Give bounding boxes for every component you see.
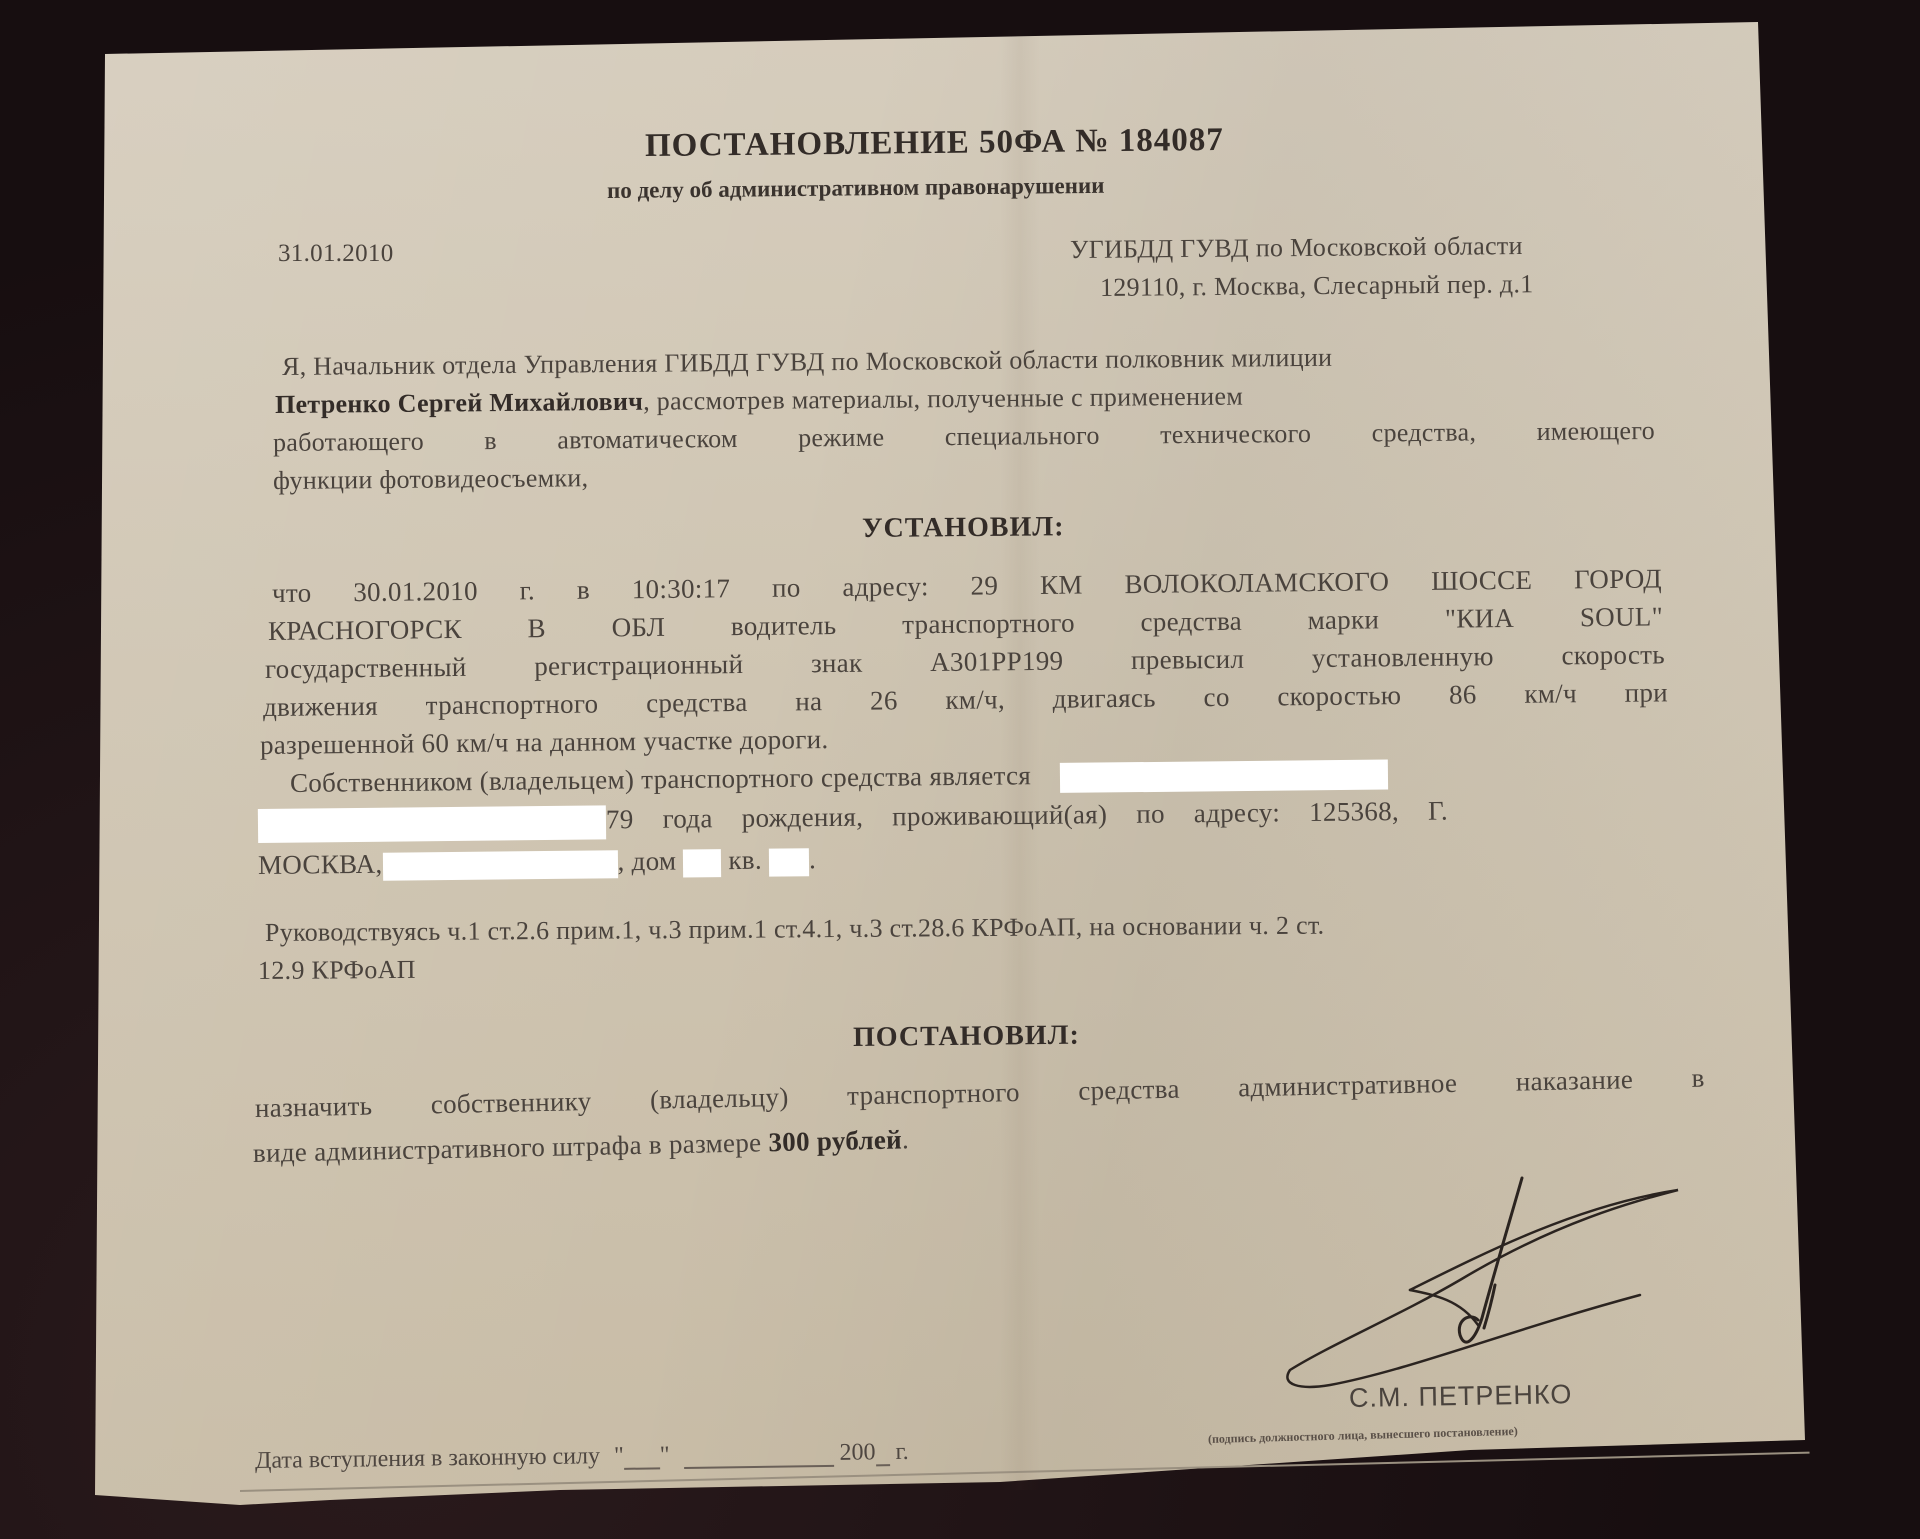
redacted-house-number bbox=[683, 849, 721, 877]
redacted-street bbox=[382, 850, 617, 880]
quote-close: " bbox=[660, 1442, 670, 1468]
effective-date-line: Дата вступления в законную силу "" 200 г… bbox=[255, 1439, 909, 1475]
owner-line-3: МОСКВА,, дом кв. . bbox=[258, 844, 816, 882]
legal-basis-line-2: 12.9 КРФоАП bbox=[258, 955, 416, 986]
year-prefix: 200 bbox=[839, 1439, 875, 1466]
authority-name: УГИБДД ГУВД по Московской области bbox=[1070, 231, 1523, 265]
day-blank[interactable] bbox=[624, 1445, 660, 1470]
quote-open: " bbox=[614, 1443, 624, 1469]
decided-heading: ПОСТАНОВИЛ: bbox=[853, 1020, 1080, 1054]
intro-line-4: функции фотовидеосъемки, bbox=[273, 463, 589, 496]
signatory-name: С.М. ПЕТРЕНКО bbox=[1349, 1379, 1573, 1414]
intro-text-1: Я, Начальник отдела Управления ГИБДД ГУВ… bbox=[278, 343, 1333, 381]
year-blank[interactable] bbox=[875, 1442, 889, 1466]
established-line-4: движения транспортного средства на 26 км… bbox=[263, 677, 1668, 723]
fine-end: . bbox=[902, 1124, 910, 1154]
year-suffix: г. bbox=[895, 1439, 909, 1465]
established-line-5: разрешенной 60 км/ч на данном участке до… bbox=[260, 724, 829, 761]
document-title: ПОСТАНОВЛЕНИЕ 50ФА № 184087 bbox=[645, 122, 1224, 165]
month-blank[interactable] bbox=[683, 1443, 833, 1469]
owner-line-end: . bbox=[809, 844, 816, 874]
decided-line-2: виде административного штрафа в размере … bbox=[253, 1124, 910, 1169]
intro-line-3: работающего в автоматическом режиме спец… bbox=[273, 416, 1655, 458]
established-line-3: государственный регистрационный знак А30… bbox=[265, 639, 1665, 685]
document-subtitle: по делу об административном правонарушен… bbox=[607, 173, 1105, 204]
decided-line-1: назначить собственнику (владельцу) транс… bbox=[255, 1063, 1705, 1124]
established-line-2: КРАСНОГОРСК В ОБЛ водитель транспортного… bbox=[268, 601, 1663, 647]
signature-caption: (подпись должностного лица, вынесшего по… bbox=[1208, 1424, 1518, 1447]
owner-line-1: Собственником (владельцем) транспортного… bbox=[290, 757, 1388, 801]
redacted-apartment bbox=[769, 848, 809, 876]
redacted-owner-name bbox=[1060, 759, 1388, 792]
effective-date-label: Дата вступления в законную силу bbox=[255, 1443, 600, 1474]
owner-city: МОСКВА, bbox=[258, 849, 383, 880]
established-heading: УСТАНОВИЛ: bbox=[862, 511, 1065, 545]
intro-text-2: , рассмотрев материалы, полученные с при… bbox=[643, 378, 1653, 417]
owner-house-label: , дом bbox=[617, 846, 676, 877]
owner-birth-address: 79 года рождения, проживающий(ая) по адр… bbox=[606, 796, 1448, 835]
officer-name: Петренко Сергей Михайлович bbox=[275, 387, 643, 420]
owner-label: Собственником (владельцем) транспортного… bbox=[290, 760, 1031, 798]
owner-apt-label: кв. bbox=[728, 845, 762, 875]
intro-line-1: Я, Начальник отдела Управления ГИБДД ГУВ… bbox=[278, 340, 1648, 382]
fine-text: виде административного штрафа в размере bbox=[253, 1127, 762, 1168]
authority-address: 129110, г. Москва, Слесарный пер. д.1 bbox=[1100, 269, 1534, 303]
document-date: 31.01.2010 bbox=[278, 240, 394, 268]
resolution-document: ПОСТАНОВЛЕНИЕ 50ФА № 184087 по делу об а… bbox=[0, 0, 1920, 1539]
established-line-1: что 30.01.2010 г. в 10:30:17 по адресу: … bbox=[272, 563, 1662, 609]
owner-line-2: 79 года рождения, проживающий(ая) по адр… bbox=[258, 793, 1688, 843]
fine-amount: 300 рублей bbox=[768, 1124, 902, 1157]
redacted-owner-birth bbox=[258, 805, 606, 843]
legal-basis-line-1: Руководствуясь ч.1 ст.2.6 прим.1, ч.3 пр… bbox=[265, 911, 1325, 948]
intro-line-2: Петренко Сергей Михайлович , рассмотрев … bbox=[275, 378, 1653, 420]
